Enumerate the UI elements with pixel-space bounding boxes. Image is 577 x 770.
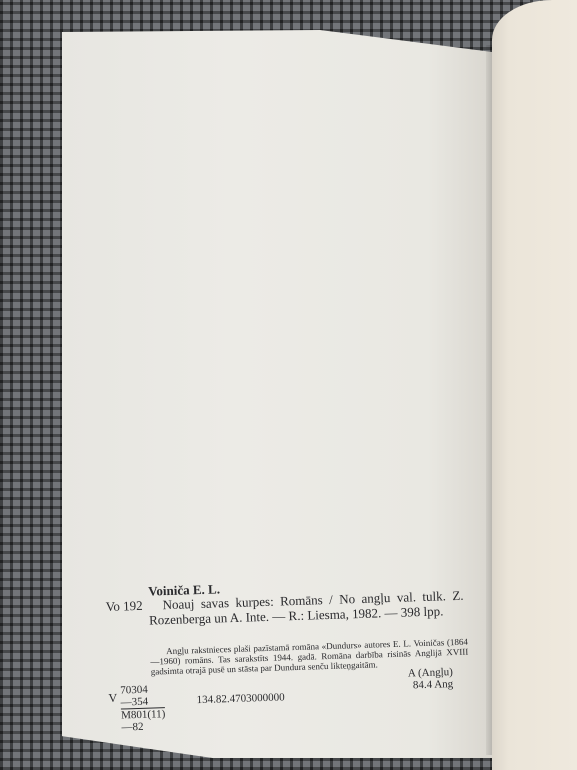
bbk-fraction: 70304—354 M801(11)—82	[120, 683, 166, 733]
language-block: A (Angļu) 84.4 Ang	[408, 666, 454, 691]
language-code: 84.4 Ang	[408, 678, 453, 691]
right-page	[492, 0, 577, 770]
catalog-index: Vo 192	[105, 598, 142, 615]
bbk-numerator: 70304—354	[120, 683, 165, 709]
bbk-denominator: M801(11)—82	[121, 708, 166, 733]
bbk-prefix: V	[108, 691, 117, 706]
